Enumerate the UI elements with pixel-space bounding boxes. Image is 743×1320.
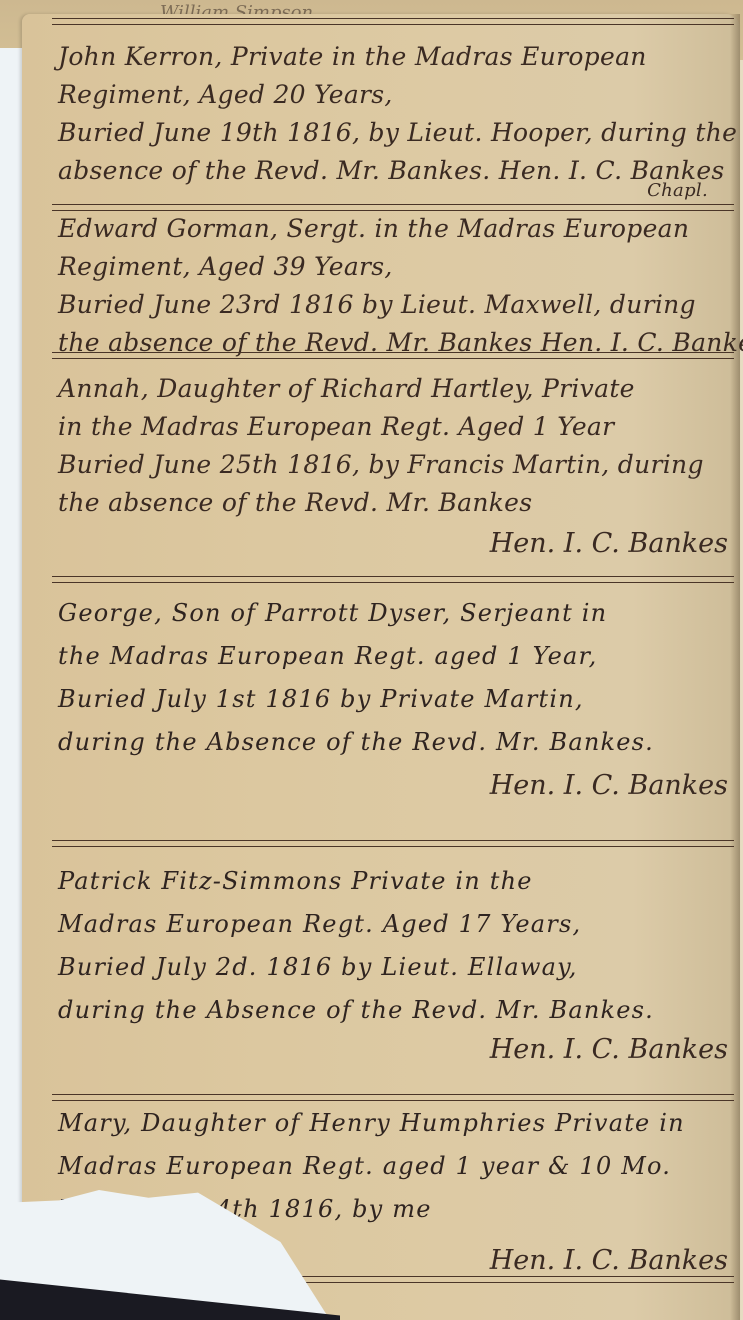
entry-line: in the Madras European Regt. Aged 1 Year: [58, 408, 743, 446]
entry-line: Buried July 1st 1816 by Private Martin,: [58, 678, 743, 721]
burial-entry-2: Edward Gorman, Sergt. in the Madras Euro…: [58, 210, 743, 362]
entry-line: Buried June 19th 1816, by Lieut. Hooper,…: [58, 114, 743, 152]
entry-line: Annah, Daughter of Richard Hartley, Priv…: [58, 370, 743, 408]
ruled-divider: [302, 1276, 734, 1283]
ruled-divider: [52, 1094, 734, 1101]
entry-line: Edward Gorman, Sergt. in the Madras Euro…: [58, 210, 743, 248]
entry-line: John Kerron, Private in the Madras Europ…: [58, 38, 743, 76]
entry-line: during the Absence of the Revd. Mr. Bank…: [58, 989, 743, 1032]
entry-line: Madras European Regt. Aged 17 Years,: [58, 903, 743, 946]
entry-line: Madras European Regt. aged 1 year & 10 M…: [58, 1145, 743, 1188]
entry-line: the Madras European Regt. aged 1 Year,: [58, 635, 743, 678]
entry-line: Buried June 25th 1816, by Francis Martin…: [58, 446, 743, 484]
entry-line: absence of the Revd. Mr. Bankes. Hen. I.…: [58, 152, 743, 190]
entry-line: Buried July 2d. 1816 by Lieut. Ellaway,: [58, 946, 743, 989]
ruled-divider: [52, 352, 734, 359]
burial-entry-1: John Kerron, Private in the Madras Europ…: [58, 38, 743, 198]
entry-line: during the Absence of the Revd. Mr. Bank…: [58, 721, 743, 764]
burial-entry-5: Patrick Fitz-Simmons Private in the Madr…: [58, 860, 743, 1068]
register-page: John Kerron, Private in the Madras Europ…: [22, 14, 740, 1320]
signature: Hen. I. C. Bankes: [58, 1032, 743, 1068]
entry-line: Regiment, Aged 20 Years,: [58, 76, 743, 114]
entry-line: Buried June 23rd 1816 by Lieut. Maxwell,…: [58, 286, 743, 324]
burial-entry-4: George, Son of Parrott Dyser, Serjeant i…: [58, 592, 743, 808]
burial-entry-3: Annah, Daughter of Richard Hartley, Priv…: [58, 370, 743, 566]
signature: Hen. I. C. Bankes: [58, 522, 743, 566]
entry-line: George, Son of Parrott Dyser, Serjeant i…: [58, 592, 743, 635]
entry-line: Patrick Fitz-Simmons Private in the: [58, 860, 743, 903]
ruled-divider: [52, 18, 734, 25]
ruled-divider: [52, 576, 734, 583]
ruled-divider: [52, 840, 734, 847]
entry-line: Regiment, Aged 39 Years,: [58, 248, 743, 286]
entry-line: Mary, Daughter of Henry Humphries Privat…: [58, 1102, 743, 1145]
entry-line: the absence of the Revd. Mr. Bankes: [58, 484, 743, 522]
signature: Hen. I. C. Bankes: [58, 764, 743, 808]
